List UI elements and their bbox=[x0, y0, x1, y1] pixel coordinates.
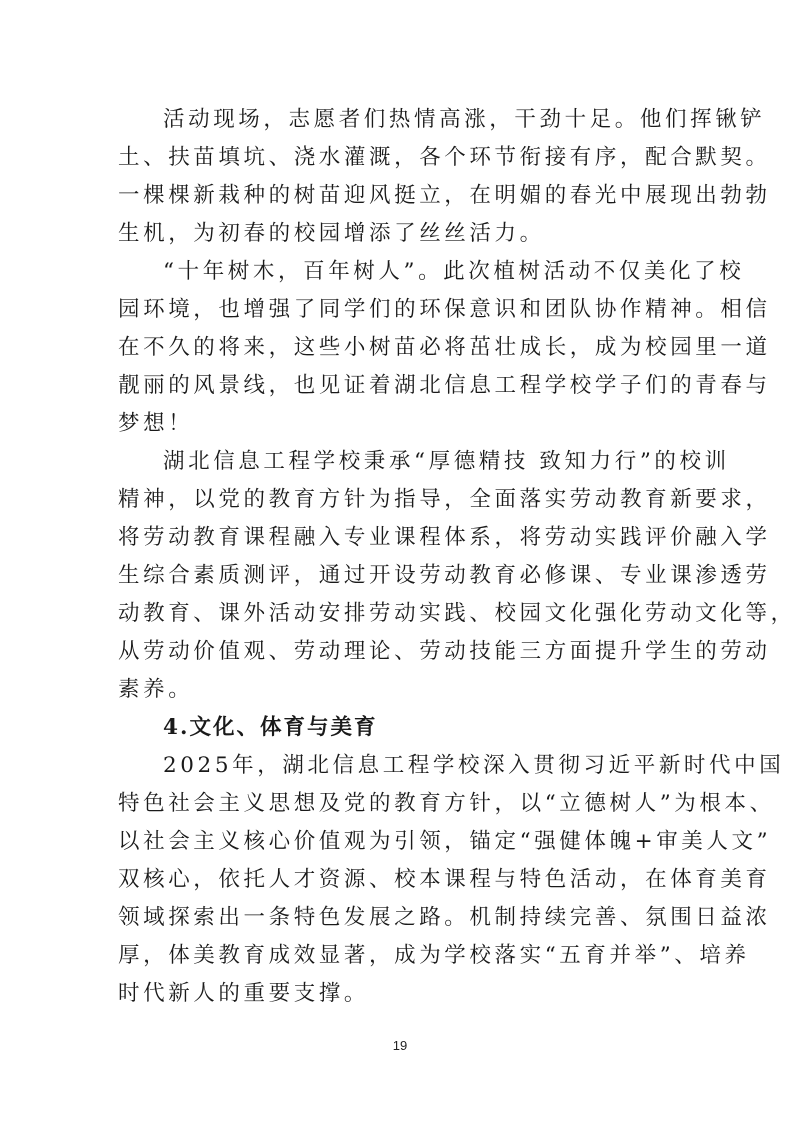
paragraph-line: 精神，以党的教育方针为指导，全面落实劳动教育新要求， bbox=[118, 481, 771, 519]
paragraph-line: 活动现场，志愿者们热情高涨，干劲十足。他们挥锹铲 bbox=[163, 101, 765, 139]
paragraph-line: 厚，体美教育成效显著，成为学校落实“五育并举”、培养 bbox=[118, 937, 750, 975]
paragraph-line: 土、扶苗填坑、浇水灌溉，各个环节衔接有序，配合默契。 bbox=[118, 139, 771, 177]
paragraph-line: 素养。 bbox=[118, 671, 193, 709]
paragraph-line: 生综合素质测评，通过开设劳动教育必修课、专业课渗透劳 bbox=[118, 557, 771, 595]
paragraph-line: 特色社会主义思想及党的教育方针，以“立德树人”为根本、 bbox=[118, 785, 775, 823]
paragraph-line: 园环境，也增强了同学们的环保意识和团队协作精神。相信 bbox=[118, 291, 771, 329]
paragraph-line: 生机，为初春的校园增添了丝丝活力。 bbox=[118, 215, 545, 253]
paragraph-line: 以社会主义核心价值观为引领，锚定“强健体魄+审美人文” bbox=[118, 823, 771, 861]
paragraph-line: 时代新人的重要支撑。 bbox=[118, 975, 369, 1013]
paragraph-line: 双核心，依托人才资源、校本课程与特色活动，在体育美育 bbox=[118, 861, 771, 899]
paragraph-line: 领域探索出一条特色发展之路。机制持续完善、氛围日益浓 bbox=[118, 899, 771, 937]
paragraph-line: 靓丽的风景线，也见证着湖北信息工程学校学子们的青春与 bbox=[118, 367, 771, 405]
paragraph-line: 2025年，湖北信息工程学校深入贯彻习近平新时代中国 bbox=[163, 747, 784, 785]
paragraph-line: 在不久的将来，这些小树苗必将茁壮成长，成为校园里一道 bbox=[118, 329, 771, 367]
paragraph-line: 将劳动教育课程融入专业课程体系，将劳动实践评价融入学 bbox=[118, 519, 771, 557]
section-heading: 4.文化、体育与美育 bbox=[163, 709, 377, 747]
page-number: 19 bbox=[0, 1038, 800, 1053]
paragraph-line: 湖北信息工程学校秉承“厚德精技 致知力行”的校训 bbox=[163, 443, 730, 481]
paragraph-line: 从劳动价值观、劳动理论、劳动技能三方面提升学生的劳动 bbox=[118, 633, 771, 671]
paragraph-line: 梦想！ bbox=[118, 405, 193, 443]
paragraph-line: 动教育、课外活动安排劳动实践、校园文化强化劳动文化等， bbox=[118, 595, 796, 633]
paragraph-line: “十年树木，百年树人”。此次植树活动不仅美化了校 bbox=[163, 253, 744, 291]
paragraph-line: 一棵棵新栽种的树苗迎风挺立，在明媚的春光中展现出勃勃 bbox=[118, 177, 771, 215]
